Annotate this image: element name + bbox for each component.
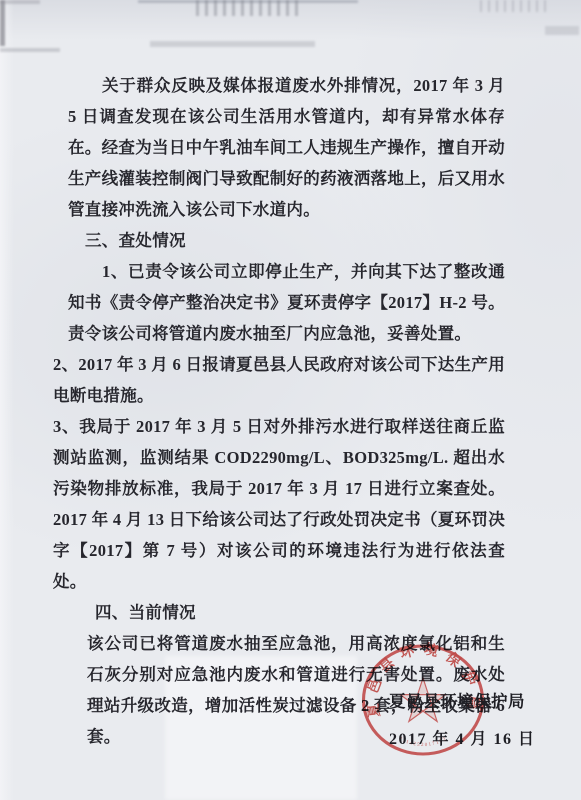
item-3: 3、我局于 2017 年 3 月 5 日对外排污水进行取样送往商丘监测站监测，监…	[53, 411, 505, 597]
section-4-heading: 四、当前情况	[78, 597, 505, 628]
section-3-heading: 三、查处情况	[68, 225, 505, 256]
scan-artifact	[138, 0, 358, 3]
intro-paragraph: 关于群众反映及媒体报道废水外排情况，2017 年 3 月 5 日调查发现在该公司…	[68, 70, 505, 225]
scan-artifact	[150, 41, 315, 47]
scan-artifact	[0, 0, 5, 46]
item-1: 1、已责令该公司立即停止生产，并向其下达了整改通知书《责令停产整治决定书》夏环责…	[68, 256, 505, 349]
scan-artifact	[196, 0, 300, 16]
scan-artifact	[480, 0, 550, 12]
scan-artifact	[0, 0, 40, 4]
signature-block: 夏邑县环境保护局 2017 年 4 月 16 日	[389, 688, 536, 749]
document-page: 关于群众反映及媒体报道废水外排情况，2017 年 3 月 5 日调查发现在该公司…	[0, 0, 581, 800]
scan-artifact	[545, 26, 579, 35]
issue-date: 2017 年 4 月 16 日	[389, 726, 536, 749]
issuer-name: 夏邑县环境保护局	[389, 688, 536, 712]
item-2: 2、2017 年 3 月 6 日报请夏邑县人民政府对该公司下达生产用电断电措施。	[53, 349, 505, 411]
scan-artifact	[0, 48, 60, 52]
